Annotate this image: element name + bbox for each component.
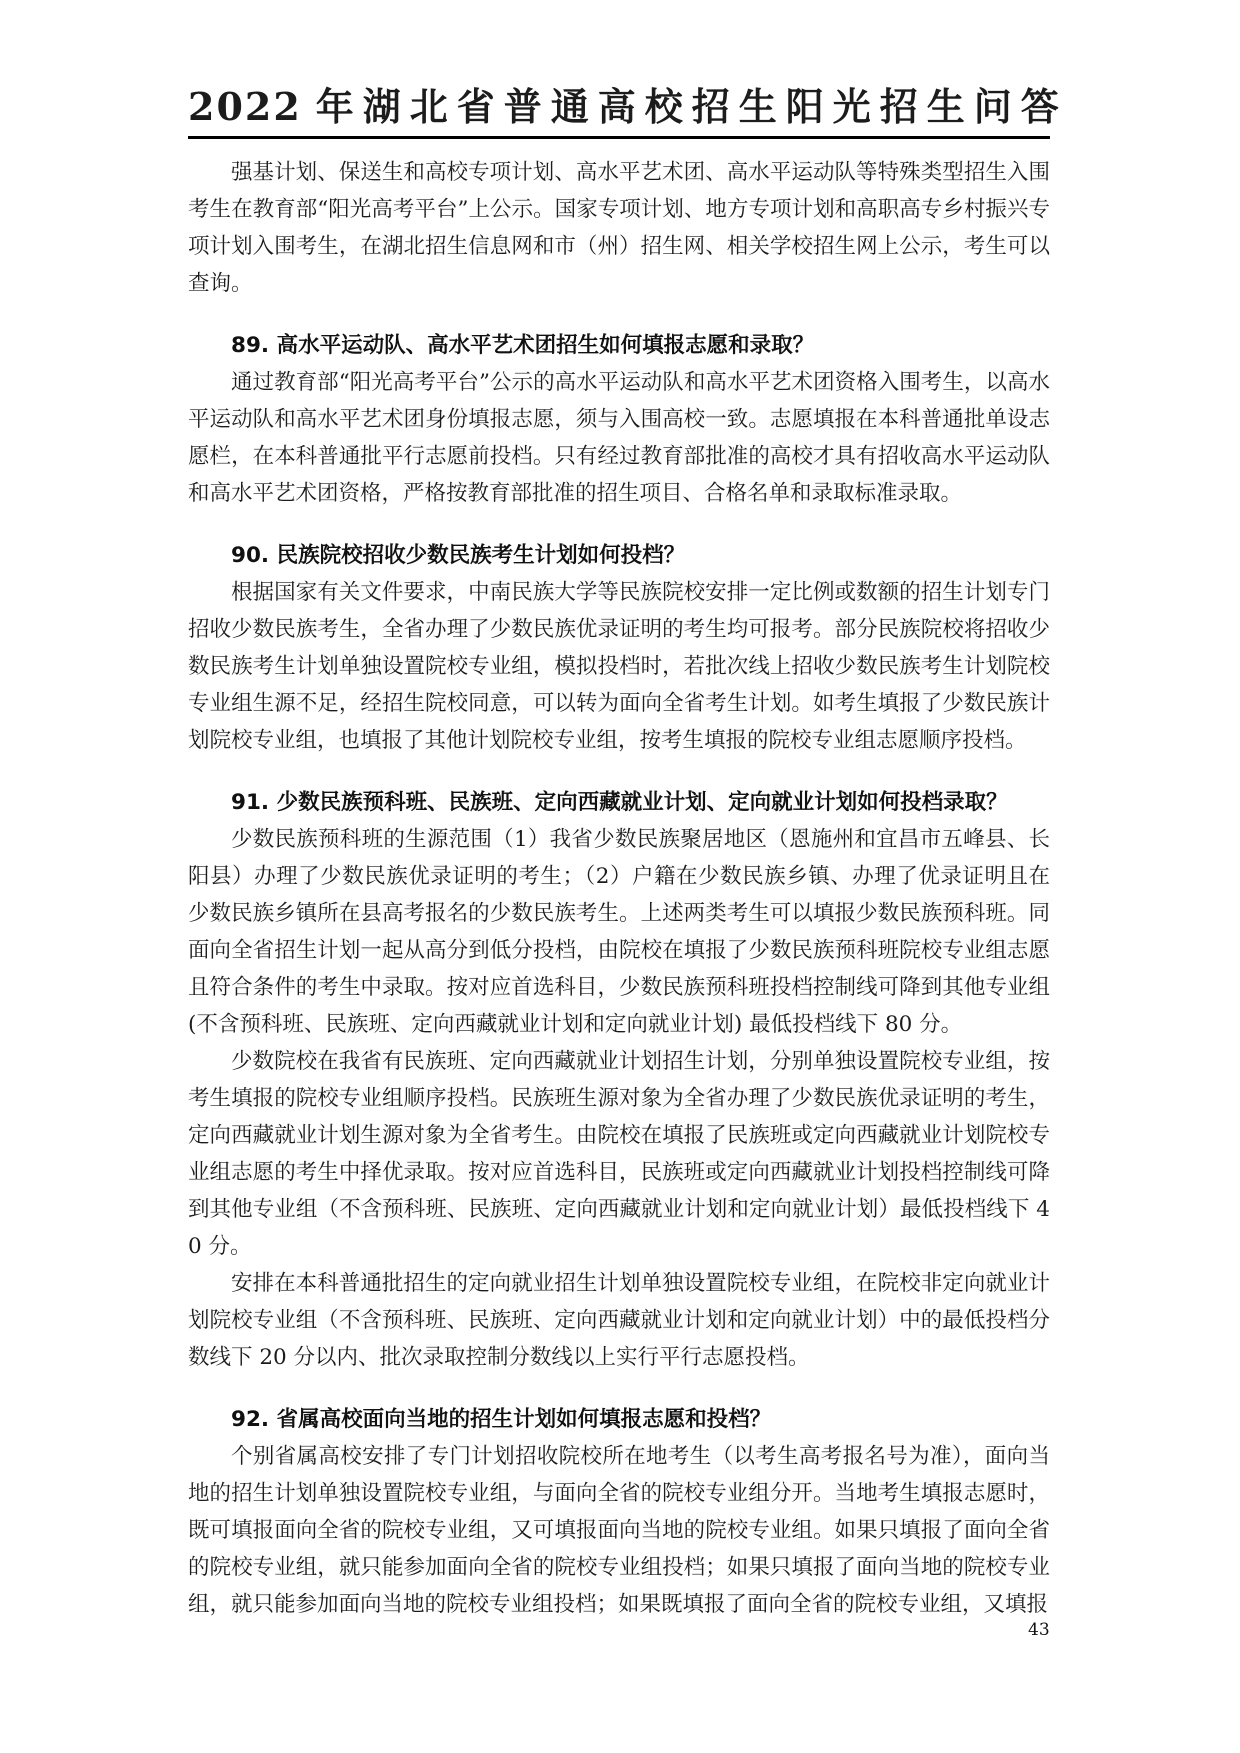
page-number: 43 [1028, 1620, 1050, 1640]
question-92-answer-paragraph: 个别省属高校安排了专门计划招收院校所在地考生（以考生高考报名号为准），面向当地的… [188, 1438, 1050, 1623]
question-90-answer-paragraph: 根据国家有关文件要求，中南民族大学等民族院校安排一定比例或数额的招生计划专门招收… [188, 574, 1050, 759]
question-90-heading: 90. 民族院校招收少数民族考生计划如何投档？ [188, 537, 1050, 574]
section-question-90: 90. 民族院校招收少数民族考生计划如何投档？ 根据国家有关文件要求，中南民族大… [188, 537, 1050, 759]
question-91-heading: 91. 少数民族预科班、民族班、定向西藏就业计划、定向就业计划如何投档录取？ [188, 784, 1050, 821]
document-page: 2022年湖北省普通高校招生阳光招生问答 强基计划、保送生和高校专项计划、高水平… [0, 0, 1240, 1753]
document-title-text: 年湖北省普通高校招生阳光招生问答 [316, 84, 1068, 129]
question-89-answer-paragraph: 通过教育部“阳光高考平台”公示的高水平运动队和高水平艺术团资格入围考生，以高水平… [188, 364, 1050, 512]
section-question-92: 92. 省属高校面向当地的招生计划如何填报志愿和投档？ 个别省属高校安排了专门计… [188, 1401, 1050, 1623]
document-title-year: 2022 [188, 84, 302, 129]
question-89-heading: 89. 高水平运动队、高水平艺术团招生如何填报志愿和录取？ [188, 327, 1050, 364]
question-91-answer-paragraph-3: 安排在本科普通批招生的定向就业招生计划单独设置院校专业组，在院校非定向就业计划院… [188, 1265, 1050, 1376]
intro-paragraph: 强基计划、保送生和高校专项计划、高水平艺术团、高水平运动队等特殊类型招生入围考生… [188, 154, 1050, 302]
section-question-91: 91. 少数民族预科班、民族班、定向西藏就业计划、定向就业计划如何投档录取？ 少… [188, 784, 1050, 1376]
question-91-answer-paragraph-1: 少数民族预科班的生源范围（1）我省少数民族聚居地区（恩施州和宜昌市五峰县、长阳县… [188, 821, 1050, 1043]
question-91-answer-paragraph-2: 少数院校在我省有民族班、定向西藏就业计划招生计划，分别单独设置院校专业组，按考生… [188, 1043, 1050, 1265]
question-92-heading: 92. 省属高校面向当地的招生计划如何填报志愿和投档？ [188, 1401, 1050, 1438]
document-body: 强基计划、保送生和高校专项计划、高水平艺术团、高水平运动队等特殊类型招生入围考生… [188, 154, 1050, 1623]
section-question-89: 89. 高水平运动队、高水平艺术团招生如何填报志愿和录取？ 通过教育部“阳光高考… [188, 327, 1050, 512]
document-title: 2022年湖北省普通高校招生阳光招生问答 [188, 86, 1050, 139]
document-column: 2022年湖北省普通高校招生阳光招生问答 强基计划、保送生和高校专项计划、高水平… [188, 0, 1050, 1623]
